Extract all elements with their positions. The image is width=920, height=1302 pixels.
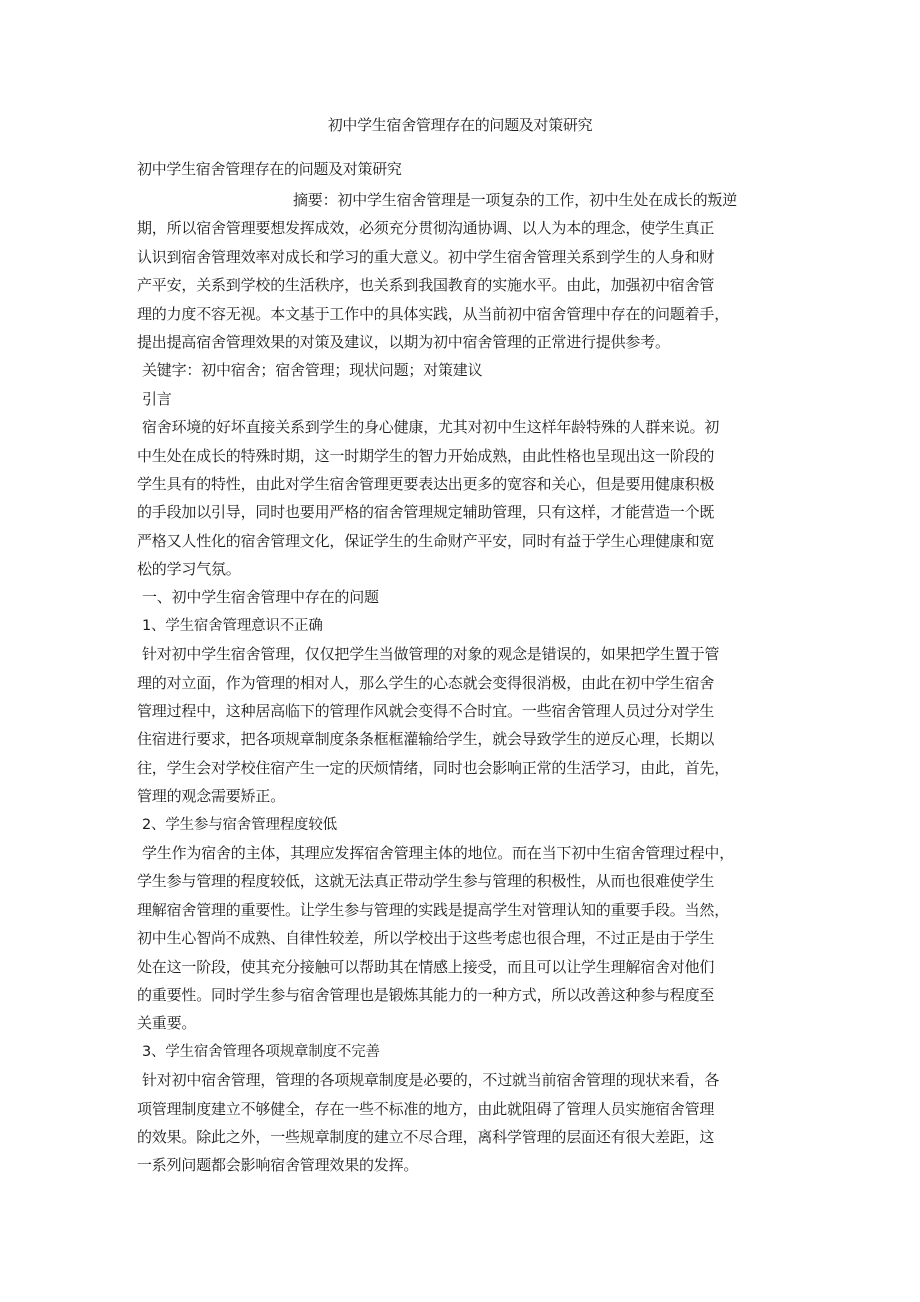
abstract-line: 认识到宿舍管理效率对成长和学习的重大意义。初中学生宿舍管理关系到学生的人身和财 xyxy=(137,243,787,271)
paragraph-line: 严格又人性化的宿舍管理文化，保证学生的生命财产平安，同时有益于学生心理健康和宽 xyxy=(137,527,787,555)
paragraph-line: 学生作为宿舍的主体，其理应发挥宿舍管理主体的地位。而在当下初中生宿舍管理过程中， xyxy=(137,839,787,867)
paragraph-line: 关重要。 xyxy=(137,1009,787,1037)
subsection-heading-3: 3、学生宿舍管理各项规章制度不完善 xyxy=(137,1038,787,1066)
subsection-heading-2: 2、学生参与宿舍管理程度较低 xyxy=(137,811,787,839)
abstract-line: 提出提高宿舍管理效果的对策及建议，以期为初中宿舍管理的正常进行提供参考。 xyxy=(137,328,787,356)
abstract-line: 理的力度不容无视。本文基于工作中的具体实践，从当前初中宿舍管理中存在的问题着手， xyxy=(137,300,787,328)
paragraph-line: 往，学生会对学校住宿产生一定的厌烦情绪，同时也会影响正常的生活学习，由此，首先， xyxy=(137,754,787,782)
paragraph-line: 宿舍环境的好坏直接关系到学生的身心健康，尤其对初中生这样年龄特殊的人群来说。初 xyxy=(137,413,787,441)
document-title: 初中学生宿舍管理存在的问题及对策研究 xyxy=(0,114,920,136)
paragraph-line: 针对初中学生宿舍管理，仅仅把学生当做管理的对象的观念是错误的，如果把学生置于管 xyxy=(137,640,787,668)
paragraph-line: 松的学习气氛。 xyxy=(137,555,787,583)
paragraph-line: 项管理制度建立不够健全，存在一些不标准的地方，由此就阻碍了管理人员实施宿舍管理 xyxy=(137,1095,787,1123)
paragraph-line: 理解宿舍管理的重要性。让学生参与管理的实践是提高学生对管理认知的重要手段。当然， xyxy=(137,896,787,924)
paragraph-line: 中生处在成长的特殊时期，这一时期学生的智力开始成熟，由此性格也呈现出这一阶段的 xyxy=(137,442,787,470)
section-heading-introduction: 引言 xyxy=(137,385,787,413)
document-subtitle: 初中学生宿舍管理存在的问题及对策研究 xyxy=(137,158,402,180)
section-heading-1: 一、初中学生宿舍管理中存在的问题 xyxy=(137,583,787,611)
document-body: 摘要：初中学生宿舍管理是一项复杂的工作，初中生处在成长的叛逆 期，所以宿舍管理要… xyxy=(137,186,787,1180)
paragraph-line: 管理的观念需要矫正。 xyxy=(137,782,787,810)
paragraph-line: 住宿进行要求，把各项规章制度条条框框灌输给学生，就会导致学生的逆反心理，长期以 xyxy=(137,725,787,753)
subsection-heading-1: 1、学生宿舍管理意识不正确 xyxy=(137,612,787,640)
paragraph-line: 针对初中宿舍管理，管理的各项规章制度是必要的，不过就当前宿舍管理的现状来看，各 xyxy=(137,1066,787,1094)
paragraph-line: 的手段加以引导，同时也要用严格的宿舍管理规定辅助管理，只有这样，才能营造一个既 xyxy=(137,498,787,526)
paragraph-line: 理的对立面，作为管理的相对人，那么学生的心态就会变得很消极，由此在初中学生宿舍 xyxy=(137,669,787,697)
document-page: 初中学生宿舍管理存在的问题及对策研究 初中学生宿舍管理存在的问题及对策研究 摘要… xyxy=(0,0,920,1302)
paragraph-line: 一系列问题都会影响宿舍管理效果的发挥。 xyxy=(137,1151,787,1179)
paragraph-line: 的效果。除此之外，一些规章制度的建立不尽合理，离科学管理的层面还有很大差距，这 xyxy=(137,1123,787,1151)
paragraph-line: 学生参与管理的程度较低，这就无法真正带动学生参与管理的积极性，从而也很难使学生 xyxy=(137,867,787,895)
paragraph-line: 学生具有的特性，由此对学生宿舍管理更要表达出更多的宽容和关心，但是要用健康积极 xyxy=(137,470,787,498)
paragraph-line: 处在这一阶段，使其充分接触可以帮助其在情感上接受，而且可以让学生理解宿舍对他们 xyxy=(137,953,787,981)
abstract-line: 期，所以宿舍管理要想发挥成效，必须充分贯彻沟通协调、以人为本的理念，使学生真正 xyxy=(137,214,787,242)
paragraph-line: 管理过程中，这种居高临下的管理作风就会变得不合时宜。一些宿舍管理人员过分对学生 xyxy=(137,697,787,725)
paragraph-line: 的重要性。同时学生参与宿舍管理也是锻炼其能力的一种方式，所以改善这种参与程度至 xyxy=(137,981,787,1009)
abstract-line: 摘要：初中学生宿舍管理是一项复杂的工作，初中生处在成长的叛逆 xyxy=(137,186,787,214)
abstract-line: 产平安，关系到学校的生活秩序，也关系到我国教育的实施水平。由此，加强初中宿舍管 xyxy=(137,271,787,299)
paragraph-line: 初中生心智尚不成熟、自律性较差，所以学校出于这些考虑也很合理，不过正是由于学生 xyxy=(137,924,787,952)
keywords-line: 关键字：初中宿舍；宿舍管理；现状问题；对策建议 xyxy=(137,356,787,384)
